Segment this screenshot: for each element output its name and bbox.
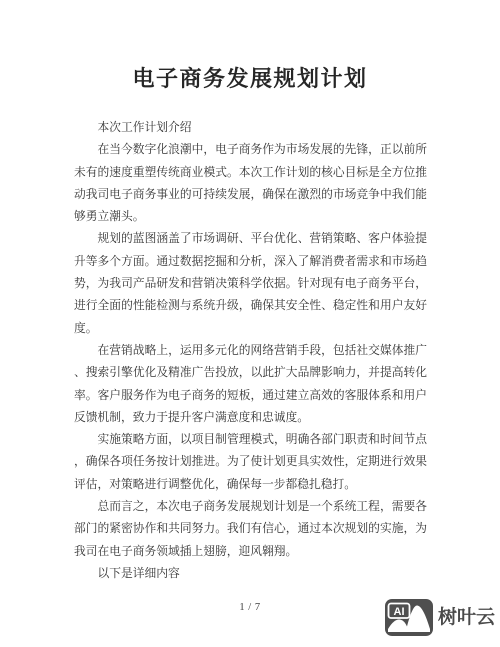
paragraph-detail-lead: 以下是详细内容 [74, 563, 427, 585]
watermark: AI 树叶云 [385, 599, 495, 636]
paragraph: 实施策略方面，以项目制管理模式，明确各部门职责和时间节点，确保各项任务按计划推进… [74, 429, 427, 496]
paragraph-intro-heading: 本次工作计划介绍 [74, 117, 427, 139]
document-page: 电子商务发展规划计划 本次工作计划介绍 在当今数字化浪潮中，电子商务作为市场发展… [0, 0, 500, 647]
document-body: 本次工作计划介绍 在当今数字化浪潮中，电子商务作为市场发展的先锋，正以前所未有的… [74, 117, 427, 585]
shuyeyun-ai-logo-icon: AI [385, 599, 433, 636]
paragraph: 在营销战略上，运用多元化的网络营销手段，包括社交媒体推广、搜索引擎优化及精准广告… [74, 340, 427, 429]
paragraph: 在当今数字化浪潮中，电子商务作为市场发展的先锋，正以前所未有的速度重塑传统商业模… [74, 139, 427, 228]
paragraph: 规划的蓝图涵盖了市场调研、平台优化、营销策略、客户体验提升等多个方面。通过数据挖… [74, 228, 427, 339]
ai-badge-text: AI [393, 606, 404, 618]
paragraph: 总而言之，本次电子商务发展规划计划是一个系统工程，需要各部门的紧密协作和共同努力… [74, 496, 427, 563]
document-title: 电子商务发展规划计划 [0, 62, 500, 93]
watermark-brand-text: 树叶云 [438, 608, 495, 627]
